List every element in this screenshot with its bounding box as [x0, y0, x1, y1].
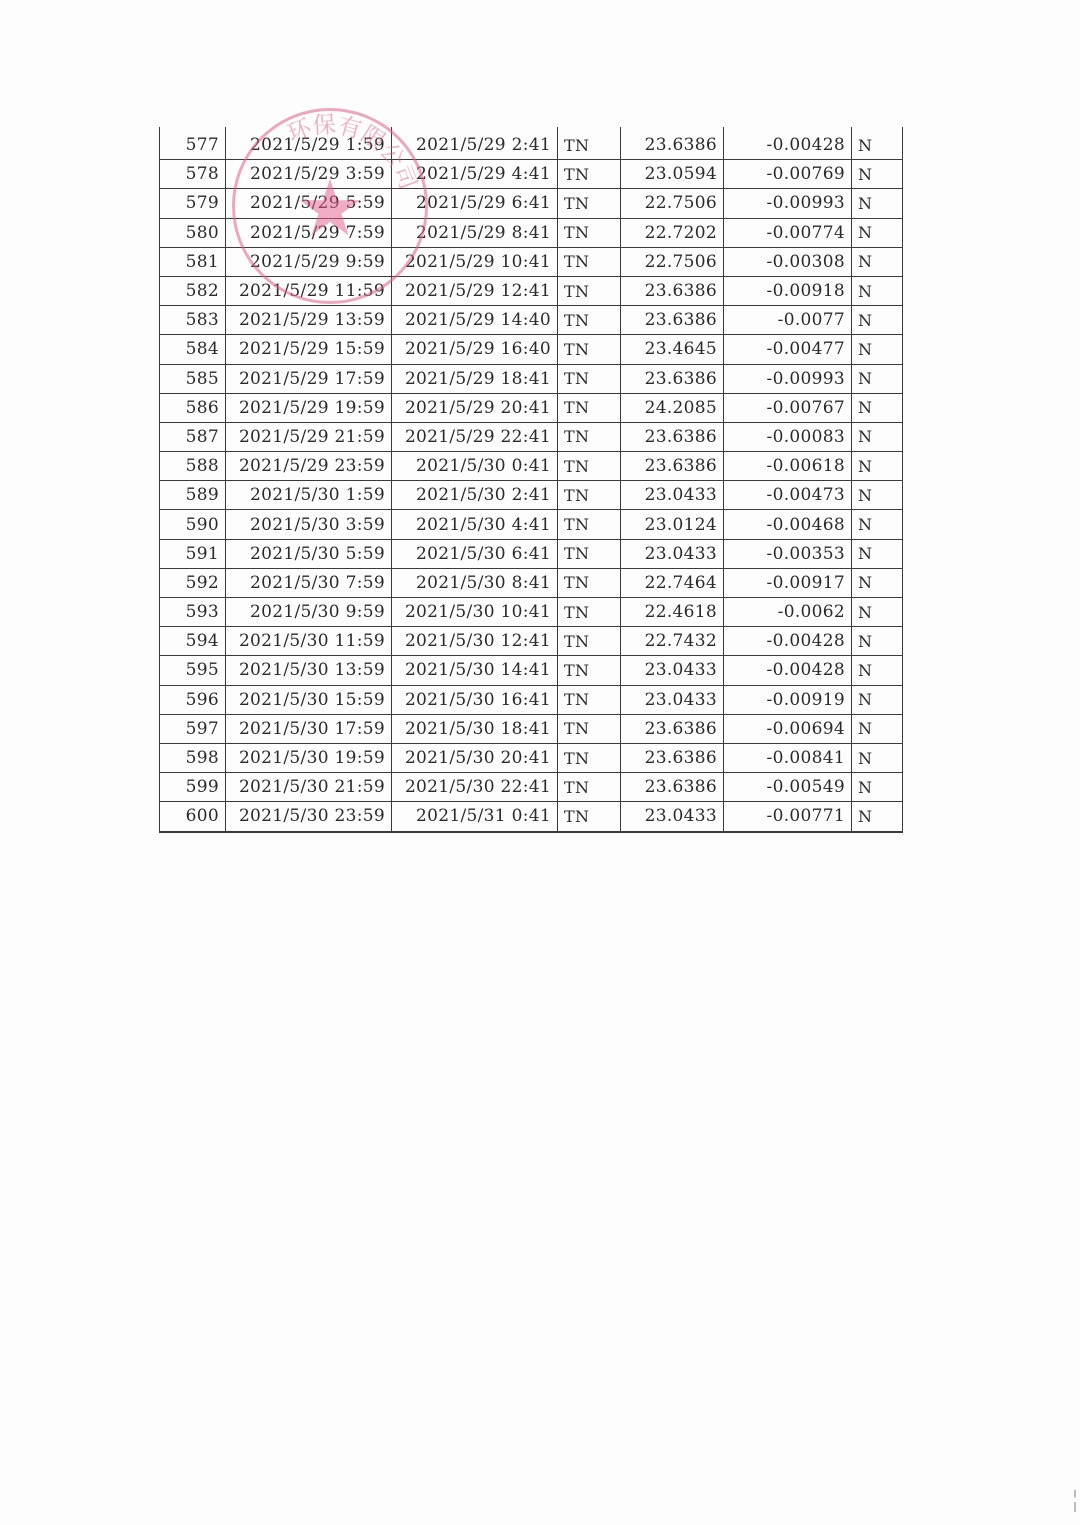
deviation-value: -0.00694	[724, 714, 852, 743]
table-row: 585 2021/5/29 17:59 2021/5/29 18:41 TN 2…	[160, 364, 903, 393]
deviation-value: -0.00428	[724, 627, 852, 656]
deviation-value: -0.00917	[724, 568, 852, 597]
flag: N	[852, 510, 903, 539]
table-row: 590 2021/5/30 3:59 2021/5/30 4:41 TN 23.…	[160, 510, 903, 539]
end-time: 2021/5/29 18:41	[392, 364, 558, 393]
flag: N	[852, 247, 903, 276]
table-row: 587 2021/5/29 21:59 2021/5/29 22:41 TN 2…	[160, 422, 903, 451]
start-time: 2021/5/30 19:59	[226, 743, 392, 772]
measured-value: 22.4618	[621, 598, 724, 627]
measured-value: 23.0433	[621, 481, 724, 510]
table-row: 584 2021/5/29 15:59 2021/5/29 16:40 TN 2…	[160, 335, 903, 364]
end-time: 2021/5/29 2:41	[392, 127, 558, 160]
start-time: 2021/5/30 3:59	[226, 510, 392, 539]
measured-value: 23.6386	[621, 306, 724, 335]
flag: N	[852, 743, 903, 772]
table-row: 593 2021/5/30 9:59 2021/5/30 10:41 TN 22…	[160, 598, 903, 627]
measurement-table-container: 577 2021/5/29 1:59 2021/5/29 2:41 TN 23.…	[159, 127, 903, 833]
start-time: 2021/5/30 11:59	[226, 627, 392, 656]
deviation-value: -0.00618	[724, 452, 852, 481]
row-number: 593	[160, 598, 226, 627]
end-time: 2021/5/30 0:41	[392, 452, 558, 481]
start-time: 2021/5/30 13:59	[226, 656, 392, 685]
start-time: 2021/5/29 19:59	[226, 393, 392, 422]
flag: N	[852, 127, 903, 160]
deviation-value: -0.00993	[724, 364, 852, 393]
deviation-value: -0.0062	[724, 598, 852, 627]
flag: N	[852, 189, 903, 218]
deviation-value: -0.00428	[724, 127, 852, 160]
end-time: 2021/5/30 10:41	[392, 598, 558, 627]
flag: N	[852, 802, 903, 832]
measured-value: 23.6386	[621, 422, 724, 451]
parameter: TN	[558, 160, 621, 189]
row-number: 591	[160, 539, 226, 568]
flag: N	[852, 773, 903, 802]
parameter: TN	[558, 247, 621, 276]
parameter: TN	[558, 189, 621, 218]
measurement-table: 577 2021/5/29 1:59 2021/5/29 2:41 TN 23.…	[159, 127, 903, 833]
table-row: 580 2021/5/29 7:59 2021/5/29 8:41 TN 22.…	[160, 218, 903, 247]
deviation-value: -0.00353	[724, 539, 852, 568]
document-page: 577 2021/5/29 1:59 2021/5/29 2:41 TN 23.…	[0, 0, 1080, 1525]
table-row: 588 2021/5/29 23:59 2021/5/30 0:41 TN 23…	[160, 452, 903, 481]
end-time: 2021/5/30 8:41	[392, 568, 558, 597]
table-row: 583 2021/5/29 13:59 2021/5/29 14:40 TN 2…	[160, 306, 903, 335]
start-time: 2021/5/30 17:59	[226, 714, 392, 743]
start-time: 2021/5/29 13:59	[226, 306, 392, 335]
start-time: 2021/5/30 5:59	[226, 539, 392, 568]
measured-value: 23.0433	[621, 802, 724, 832]
row-number: 579	[160, 189, 226, 218]
start-time: 2021/5/30 9:59	[226, 598, 392, 627]
start-time: 2021/5/29 23:59	[226, 452, 392, 481]
row-number: 583	[160, 306, 226, 335]
parameter: TN	[558, 393, 621, 422]
measured-value: 23.0433	[621, 685, 724, 714]
deviation-value: -0.0077	[724, 306, 852, 335]
flag: N	[852, 539, 903, 568]
flag: N	[852, 335, 903, 364]
flag: N	[852, 422, 903, 451]
end-time: 2021/5/30 18:41	[392, 714, 558, 743]
table-row: 599 2021/5/30 21:59 2021/5/30 22:41 TN 2…	[160, 773, 903, 802]
deviation-value: -0.00473	[724, 481, 852, 510]
end-time: 2021/5/30 4:41	[392, 510, 558, 539]
row-number: 594	[160, 627, 226, 656]
row-number: 581	[160, 247, 226, 276]
measured-value: 23.6386	[621, 127, 724, 160]
table-row: 600 2021/5/30 23:59 2021/5/31 0:41 TN 23…	[160, 802, 903, 832]
deviation-value: -0.00549	[724, 773, 852, 802]
row-number: 580	[160, 218, 226, 247]
parameter: TN	[558, 656, 621, 685]
deviation-value: -0.00919	[724, 685, 852, 714]
start-time: 2021/5/30 23:59	[226, 802, 392, 832]
table-row: 598 2021/5/30 19:59 2021/5/30 20:41 TN 2…	[160, 743, 903, 772]
deviation-value: -0.00918	[724, 276, 852, 305]
measured-value: 22.7202	[621, 218, 724, 247]
row-number: 600	[160, 802, 226, 832]
flag: N	[852, 393, 903, 422]
end-time: 2021/5/31 0:41	[392, 802, 558, 832]
parameter: TN	[558, 685, 621, 714]
parameter: TN	[558, 335, 621, 364]
table-row: 577 2021/5/29 1:59 2021/5/29 2:41 TN 23.…	[160, 127, 903, 160]
parameter: TN	[558, 276, 621, 305]
end-time: 2021/5/30 12:41	[392, 627, 558, 656]
flag: N	[852, 452, 903, 481]
flag: N	[852, 481, 903, 510]
end-time: 2021/5/29 16:40	[392, 335, 558, 364]
measured-value: 23.0433	[621, 539, 724, 568]
parameter: TN	[558, 306, 621, 335]
parameter: TN	[558, 364, 621, 393]
measured-value: 22.7464	[621, 568, 724, 597]
parameter: TN	[558, 627, 621, 656]
table-body: 577 2021/5/29 1:59 2021/5/29 2:41 TN 23.…	[160, 127, 903, 832]
end-time: 2021/5/29 14:40	[392, 306, 558, 335]
start-time: 2021/5/29 21:59	[226, 422, 392, 451]
measured-value: 23.6386	[621, 714, 724, 743]
deviation-value: -0.00841	[724, 743, 852, 772]
measured-value: 23.0594	[621, 160, 724, 189]
start-time: 2021/5/29 5:59	[226, 189, 392, 218]
flag: N	[852, 656, 903, 685]
end-time: 2021/5/30 22:41	[392, 773, 558, 802]
start-time: 2021/5/30 21:59	[226, 773, 392, 802]
scan-edge-mark	[1074, 1490, 1076, 1512]
flag: N	[852, 276, 903, 305]
end-time: 2021/5/30 20:41	[392, 743, 558, 772]
table-row: 597 2021/5/30 17:59 2021/5/30 18:41 TN 2…	[160, 714, 903, 743]
deviation-value: -0.00468	[724, 510, 852, 539]
row-number: 588	[160, 452, 226, 481]
table-row: 581 2021/5/29 9:59 2021/5/29 10:41 TN 22…	[160, 247, 903, 276]
parameter: TN	[558, 802, 621, 832]
deviation-value: -0.00767	[724, 393, 852, 422]
measured-value: 22.7432	[621, 627, 724, 656]
row-number: 578	[160, 160, 226, 189]
table-row: 586 2021/5/29 19:59 2021/5/29 20:41 TN 2…	[160, 393, 903, 422]
table-row: 579 2021/5/29 5:59 2021/5/29 6:41 TN 22.…	[160, 189, 903, 218]
end-time: 2021/5/30 16:41	[392, 685, 558, 714]
start-time: 2021/5/29 17:59	[226, 364, 392, 393]
parameter: TN	[558, 598, 621, 627]
measured-value: 23.0124	[621, 510, 724, 539]
end-time: 2021/5/29 8:41	[392, 218, 558, 247]
row-number: 577	[160, 127, 226, 160]
row-number: 585	[160, 364, 226, 393]
row-number: 586	[160, 393, 226, 422]
flag: N	[852, 714, 903, 743]
parameter: TN	[558, 510, 621, 539]
row-number: 596	[160, 685, 226, 714]
table-row: 595 2021/5/30 13:59 2021/5/30 14:41 TN 2…	[160, 656, 903, 685]
measured-value: 22.7506	[621, 189, 724, 218]
measured-value: 24.2085	[621, 393, 724, 422]
parameter: TN	[558, 539, 621, 568]
measured-value: 23.6386	[621, 276, 724, 305]
end-time: 2021/5/29 10:41	[392, 247, 558, 276]
start-time: 2021/5/29 7:59	[226, 218, 392, 247]
flag: N	[852, 160, 903, 189]
end-time: 2021/5/30 14:41	[392, 656, 558, 685]
table-row: 592 2021/5/30 7:59 2021/5/30 8:41 TN 22.…	[160, 568, 903, 597]
deviation-value: -0.00769	[724, 160, 852, 189]
end-time: 2021/5/30 2:41	[392, 481, 558, 510]
end-time: 2021/5/29 6:41	[392, 189, 558, 218]
deviation-value: -0.00774	[724, 218, 852, 247]
row-number: 598	[160, 743, 226, 772]
table-row: 594 2021/5/30 11:59 2021/5/30 12:41 TN 2…	[160, 627, 903, 656]
parameter: TN	[558, 481, 621, 510]
start-time: 2021/5/29 3:59	[226, 160, 392, 189]
row-number: 599	[160, 773, 226, 802]
measured-value: 23.4645	[621, 335, 724, 364]
end-time: 2021/5/29 12:41	[392, 276, 558, 305]
parameter: TN	[558, 714, 621, 743]
end-time: 2021/5/29 22:41	[392, 422, 558, 451]
flag: N	[852, 306, 903, 335]
start-time: 2021/5/29 15:59	[226, 335, 392, 364]
table-row: 582 2021/5/29 11:59 2021/5/29 12:41 TN 2…	[160, 276, 903, 305]
measured-value: 23.6386	[621, 364, 724, 393]
table-row: 578 2021/5/29 3:59 2021/5/29 4:41 TN 23.…	[160, 160, 903, 189]
table-row: 589 2021/5/30 1:59 2021/5/30 2:41 TN 23.…	[160, 481, 903, 510]
end-time: 2021/5/30 6:41	[392, 539, 558, 568]
start-time: 2021/5/30 1:59	[226, 481, 392, 510]
parameter: TN	[558, 452, 621, 481]
flag: N	[852, 364, 903, 393]
deviation-value: -0.00993	[724, 189, 852, 218]
measured-value: 23.6386	[621, 743, 724, 772]
row-number: 582	[160, 276, 226, 305]
parameter: TN	[558, 422, 621, 451]
row-number: 584	[160, 335, 226, 364]
deviation-value: -0.00771	[724, 802, 852, 832]
deviation-value: -0.00477	[724, 335, 852, 364]
flag: N	[852, 218, 903, 247]
flag: N	[852, 685, 903, 714]
measured-value: 23.6386	[621, 773, 724, 802]
start-time: 2021/5/29 9:59	[226, 247, 392, 276]
row-number: 597	[160, 714, 226, 743]
flag: N	[852, 598, 903, 627]
parameter: TN	[558, 743, 621, 772]
table-row: 591 2021/5/30 5:59 2021/5/30 6:41 TN 23.…	[160, 539, 903, 568]
row-number: 589	[160, 481, 226, 510]
row-number: 587	[160, 422, 226, 451]
parameter: TN	[558, 773, 621, 802]
start-time: 2021/5/29 1:59	[226, 127, 392, 160]
flag: N	[852, 627, 903, 656]
deviation-value: -0.00308	[724, 247, 852, 276]
start-time: 2021/5/29 11:59	[226, 276, 392, 305]
table-row: 596 2021/5/30 15:59 2021/5/30 16:41 TN 2…	[160, 685, 903, 714]
parameter: TN	[558, 127, 621, 160]
parameter: TN	[558, 568, 621, 597]
row-number: 592	[160, 568, 226, 597]
measured-value: 22.7506	[621, 247, 724, 276]
end-time: 2021/5/29 4:41	[392, 160, 558, 189]
row-number: 595	[160, 656, 226, 685]
measured-value: 23.6386	[621, 452, 724, 481]
start-time: 2021/5/30 15:59	[226, 685, 392, 714]
deviation-value: -0.00083	[724, 422, 852, 451]
end-time: 2021/5/29 20:41	[392, 393, 558, 422]
row-number: 590	[160, 510, 226, 539]
flag: N	[852, 568, 903, 597]
parameter: TN	[558, 218, 621, 247]
deviation-value: -0.00428	[724, 656, 852, 685]
start-time: 2021/5/30 7:59	[226, 568, 392, 597]
measured-value: 23.0433	[621, 656, 724, 685]
